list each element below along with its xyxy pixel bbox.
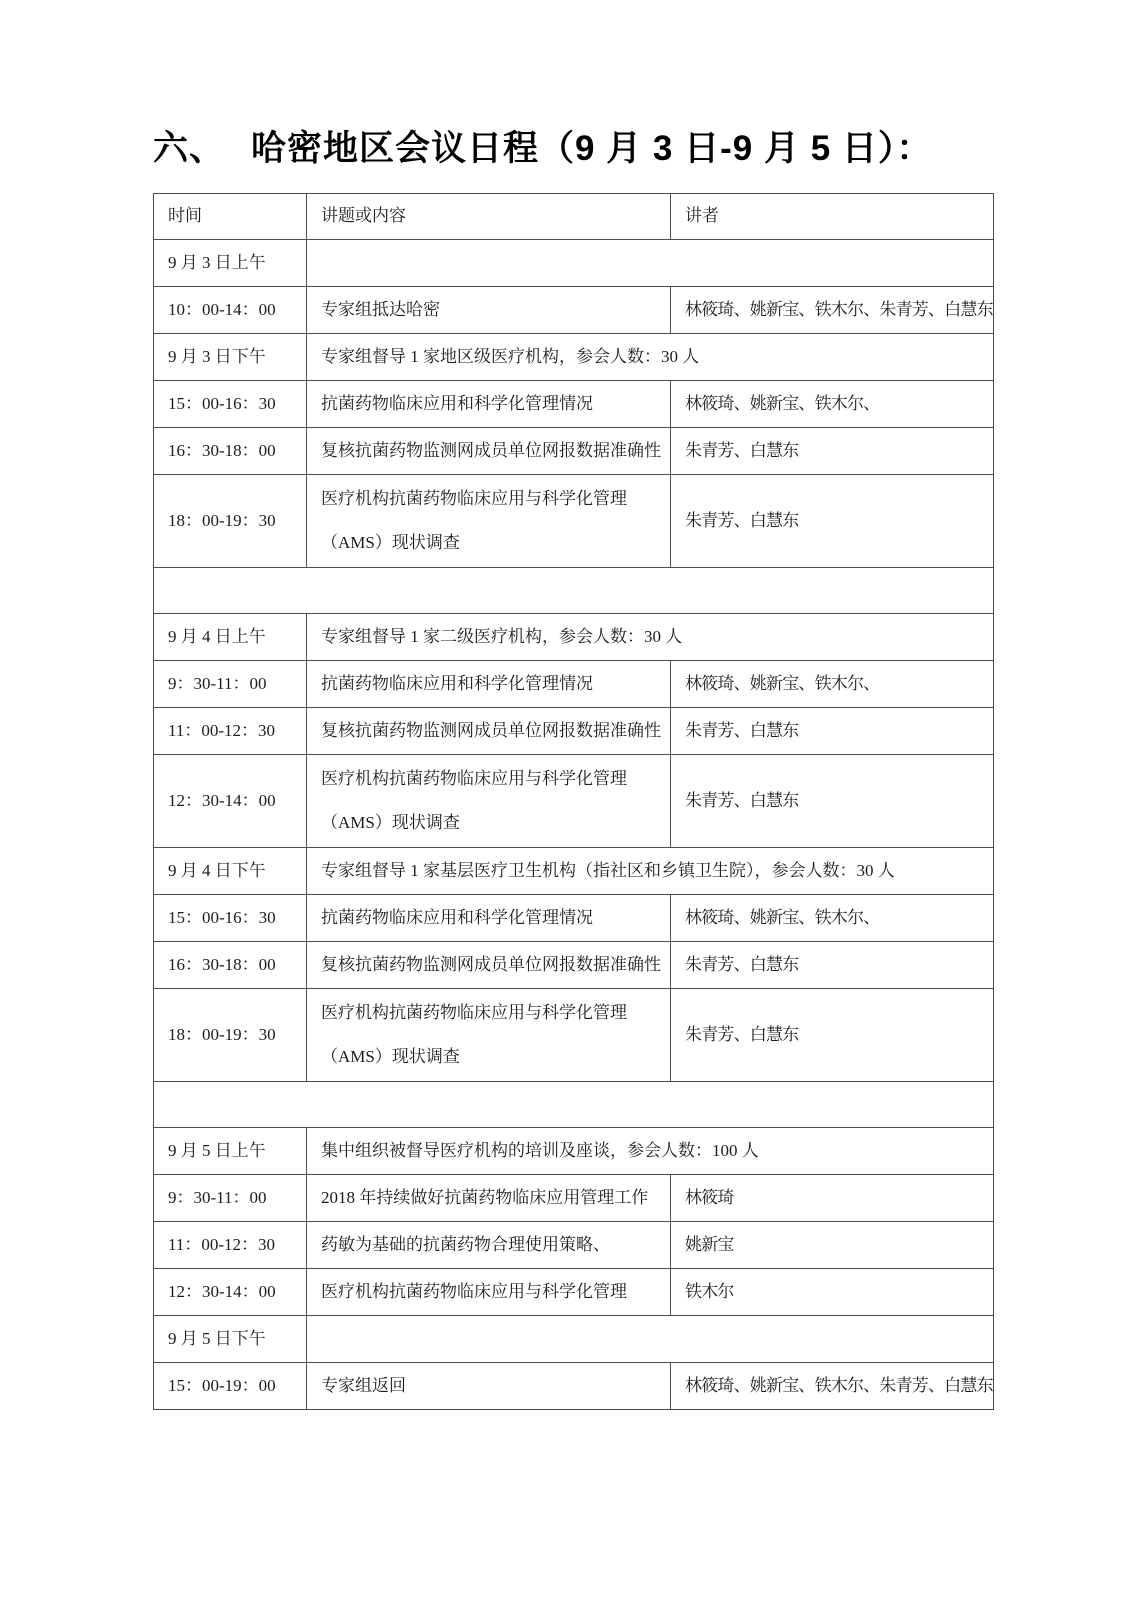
table-row: 9 月 5 日下午 xyxy=(154,1316,994,1363)
time-cell: 15：00-16：30 xyxy=(154,895,307,942)
time-cell: 9 月 4 日上午 xyxy=(154,614,307,661)
table-row: 9 月 5 日上午集中组织被督导医疗机构的培训及座谈，参会人数：100 人 xyxy=(154,1128,994,1175)
table-row: 15：00-16：30抗菌药物临床应用和科学化管理情况林筱琦、姚新宝、铁木尔、 xyxy=(154,895,994,942)
table-row: 9 月 4 日上午专家组督导 1 家二级医疗机构，参会人数：30 人 xyxy=(154,614,994,661)
header-row: 时间 讲题或内容 讲者 xyxy=(154,194,994,240)
topic-cell: 抗菌药物临床应用和科学化管理情况 xyxy=(307,381,671,428)
topic-cell: 抗菌药物临床应用和科学化管理情况 xyxy=(307,895,671,942)
speaker-cell: 朱青芳、白慧东 xyxy=(671,942,994,989)
time-cell: 11：00-12：30 xyxy=(154,1222,307,1269)
table-row xyxy=(154,568,994,614)
speaker-cell: 林筱琦、姚新宝、铁木尔、 xyxy=(671,661,994,708)
table-row xyxy=(154,1082,994,1128)
speaker-cell: 林筱琦、姚新宝、铁木尔、 xyxy=(671,381,994,428)
time-cell: 11：00-12：30 xyxy=(154,708,307,755)
spacer-cell xyxy=(154,1082,994,1128)
topic-cell: 医疗机构抗菌药物临床应用与科学化管理 xyxy=(307,1269,671,1316)
topic-cell: 2018 年持续做好抗菌药物临床应用管理工作 xyxy=(307,1175,671,1222)
time-cell: 9 月 3 日上午 xyxy=(154,240,307,287)
table-row: 16：30-18：00复核抗菌药物监测网成员单位网报数据准确性朱青芳、白慧东 xyxy=(154,942,994,989)
column-header-topic: 讲题或内容 xyxy=(307,194,671,240)
time-cell: 12：30-14：00 xyxy=(154,755,307,848)
section-title: 六、哈密地区会议日程（9 月 3 日-9 月 5 日）： xyxy=(153,128,932,170)
section-title-text: 哈密地区会议日程（9 月 3 日-9 月 5 日）： xyxy=(251,129,932,168)
table-row: 9 月 3 日下午专家组督导 1 家地区级医疗机构，参会人数：30 人 xyxy=(154,334,994,381)
time-cell: 9：30-11：00 xyxy=(154,661,307,708)
table-row: 18：00-19：30医疗机构抗菌药物临床应用与科学化管理（AMS）现状调查朱青… xyxy=(154,989,994,1082)
time-cell: 16：30-18：00 xyxy=(154,942,307,989)
topic-cell: 复核抗菌药物监测网成员单位网报数据准确性 xyxy=(307,428,671,475)
table-row: 10：00-14：00专家组抵达哈密林筱琦、姚新宝、铁木尔、朱青芳、白慧东 xyxy=(154,287,994,334)
topic-cell: 医疗机构抗菌药物临床应用与科学化管理（AMS）现状调查 xyxy=(307,989,671,1082)
table-row: 12：30-14：00医疗机构抗菌药物临床应用与科学化管理铁木尔 xyxy=(154,1269,994,1316)
speaker-cell: 朱青芳、白慧东 xyxy=(671,428,994,475)
speaker-cell: 朱青芳、白慧东 xyxy=(671,475,994,568)
topic-cell: 集中组织被督导医疗机构的培训及座谈，参会人数：100 人 xyxy=(307,1128,994,1175)
speaker-cell: 林筱琦、姚新宝、铁木尔、朱青芳、白慧东 xyxy=(671,1363,994,1410)
table-row: 15：00-19：00专家组返回林筱琦、姚新宝、铁木尔、朱青芳、白慧东 xyxy=(154,1363,994,1410)
time-cell: 9 月 5 日上午 xyxy=(154,1128,307,1175)
topic-cell xyxy=(307,240,994,287)
speaker-cell: 朱青芳、白慧东 xyxy=(671,708,994,755)
table-row: 15：00-16：30抗菌药物临床应用和科学化管理情况林筱琦、姚新宝、铁木尔、 xyxy=(154,381,994,428)
table-row: 18：00-19：30医疗机构抗菌药物临床应用与科学化管理（AMS）现状调查朱青… xyxy=(154,475,994,568)
schedule-table-head: 时间 讲题或内容 讲者 xyxy=(154,194,994,240)
table-row: 9：30-11：002018 年持续做好抗菌药物临床应用管理工作林筱琦 xyxy=(154,1175,994,1222)
column-header-speaker: 讲者 xyxy=(671,194,994,240)
speaker-cell: 林筱琦、姚新宝、铁木尔、 xyxy=(671,895,994,942)
topic-cell: 抗菌药物临床应用和科学化管理情况 xyxy=(307,661,671,708)
topic-cell: 专家组督导 1 家二级医疗机构，参会人数：30 人 xyxy=(307,614,994,661)
topic-cell: 复核抗菌药物监测网成员单位网报数据准确性 xyxy=(307,708,671,755)
topic-cell: 医疗机构抗菌药物临床应用与科学化管理（AMS）现状调查 xyxy=(307,475,671,568)
topic-cell: 复核抗菌药物监测网成员单位网报数据准确性 xyxy=(307,942,671,989)
time-cell: 9：30-11：00 xyxy=(154,1175,307,1222)
section-number: 六、 xyxy=(153,129,225,168)
time-cell: 9 月 5 日下午 xyxy=(154,1316,307,1363)
time-cell: 12：30-14：00 xyxy=(154,1269,307,1316)
schedule-table-body: 9 月 3 日上午10：00-14：00专家组抵达哈密林筱琦、姚新宝、铁木尔、朱… xyxy=(154,240,994,1410)
column-header-time: 时间 xyxy=(154,194,307,240)
topic-cell: 药敏为基础的抗菌药物合理使用策略、 xyxy=(307,1222,671,1269)
table-row: 16：30-18：00复核抗菌药物监测网成员单位网报数据准确性朱青芳、白慧东 xyxy=(154,428,994,475)
time-cell: 9 月 3 日下午 xyxy=(154,334,307,381)
speaker-cell: 朱青芳、白慧东 xyxy=(671,989,994,1082)
time-cell: 10：00-14：00 xyxy=(154,287,307,334)
table-row: 11：00-12：30复核抗菌药物监测网成员单位网报数据准确性朱青芳、白慧东 xyxy=(154,708,994,755)
document-page: 六、哈密地区会议日程（9 月 3 日-9 月 5 日）： 时间 讲题或内容 讲者… xyxy=(0,0,1131,1600)
table-row: 9 月 3 日上午 xyxy=(154,240,994,287)
time-cell: 18：00-19：30 xyxy=(154,989,307,1082)
time-cell: 18：00-19：30 xyxy=(154,475,307,568)
speaker-cell: 林筱琦、姚新宝、铁木尔、朱青芳、白慧东 xyxy=(671,287,994,334)
topic-cell: 专家组督导 1 家基层医疗卫生机构（指社区和乡镇卫生院），参会人数：30 人 xyxy=(307,848,994,895)
topic-cell xyxy=(307,1316,994,1363)
schedule-table: 时间 讲题或内容 讲者 9 月 3 日上午10：00-14：00专家组抵达哈密林… xyxy=(153,193,994,1410)
speaker-cell: 林筱琦 xyxy=(671,1175,994,1222)
time-cell: 15：00-19：00 xyxy=(154,1363,307,1410)
speaker-cell: 朱青芳、白慧东 xyxy=(671,755,994,848)
topic-cell: 专家组督导 1 家地区级医疗机构，参会人数：30 人 xyxy=(307,334,994,381)
time-cell: 15：00-16：30 xyxy=(154,381,307,428)
speaker-cell: 姚新宝 xyxy=(671,1222,994,1269)
table-row: 9：30-11：00抗菌药物临床应用和科学化管理情况林筱琦、姚新宝、铁木尔、 xyxy=(154,661,994,708)
table-row: 11：00-12：30药敏为基础的抗菌药物合理使用策略、姚新宝 xyxy=(154,1222,994,1269)
speaker-cell: 铁木尔 xyxy=(671,1269,994,1316)
topic-cell: 专家组抵达哈密 xyxy=(307,287,671,334)
topic-cell: 医疗机构抗菌药物临床应用与科学化管理（AMS）现状调查 xyxy=(307,755,671,848)
time-cell: 9 月 4 日下午 xyxy=(154,848,307,895)
table-row: 12：30-14：00医疗机构抗菌药物临床应用与科学化管理（AMS）现状调查朱青… xyxy=(154,755,994,848)
time-cell: 16：30-18：00 xyxy=(154,428,307,475)
spacer-cell xyxy=(154,568,994,614)
topic-cell: 专家组返回 xyxy=(307,1363,671,1410)
table-row: 9 月 4 日下午专家组督导 1 家基层医疗卫生机构（指社区和乡镇卫生院），参会… xyxy=(154,848,994,895)
